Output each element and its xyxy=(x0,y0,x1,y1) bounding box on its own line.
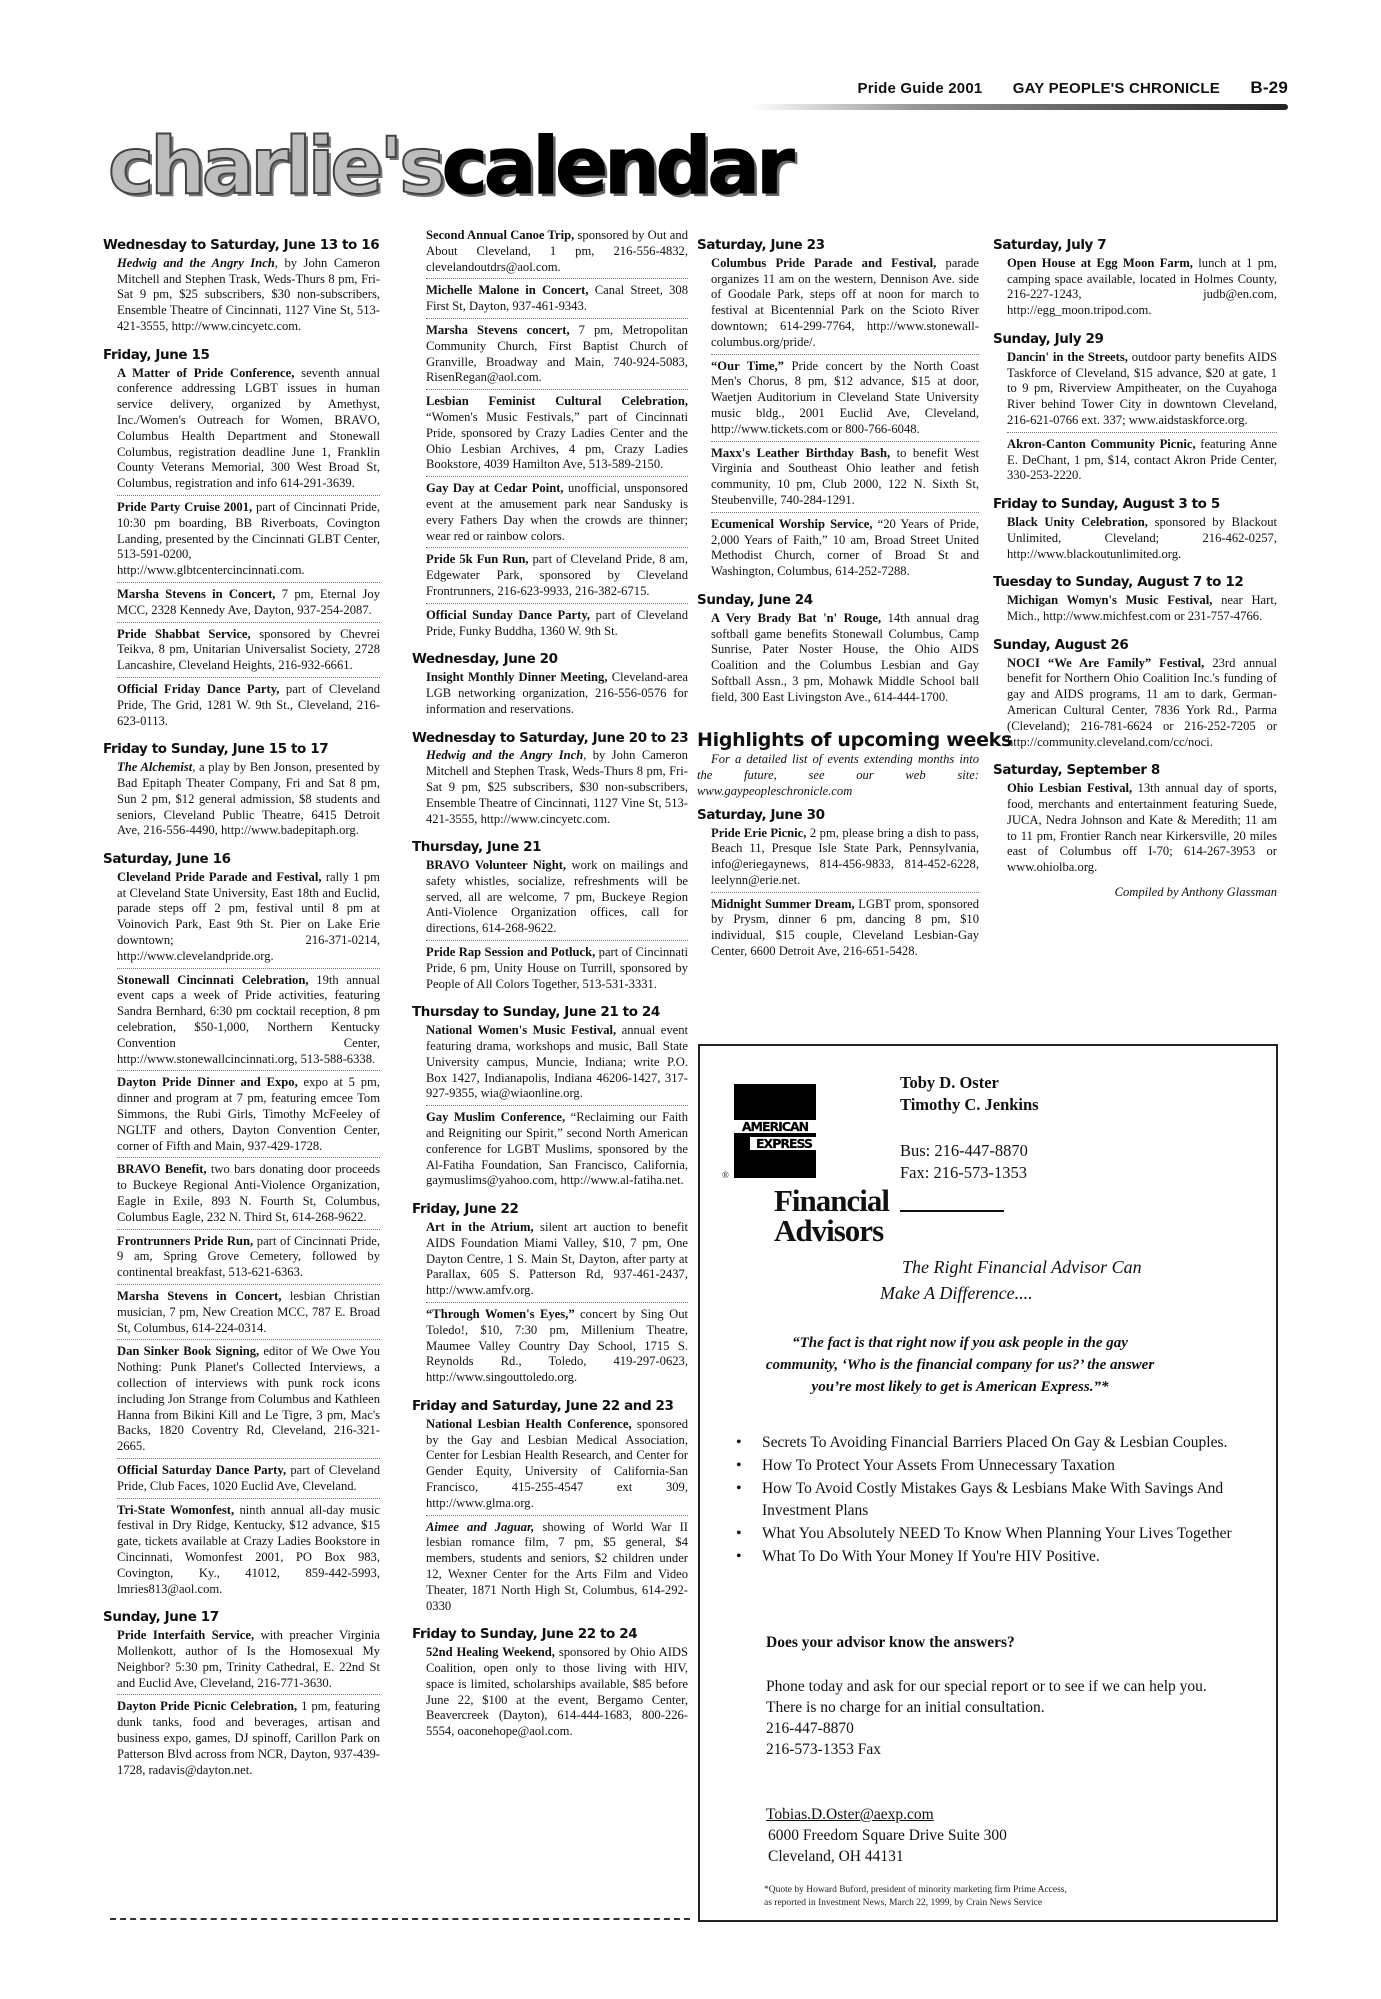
event-listing: Aimee and Jaguar, showing of World War I… xyxy=(426,1520,688,1618)
advisor-phone-fax: Bus: 216-447-8870 Fax: 216-573-1353 xyxy=(900,1140,1028,1184)
amex-logo-icon: AMERICAN EXPRESS xyxy=(734,1084,816,1178)
highlights-listings: Saturday, June 30Pride Erie Picnic, 2 pm… xyxy=(697,808,979,963)
fax-number: Fax: 216-573-1353 xyxy=(900,1162,1028,1184)
event-listing: Dancin' in the Streets, outdoor party be… xyxy=(1007,350,1277,433)
calendar-column-2: Second Annual Canoe Trip, sponsored by O… xyxy=(412,228,688,1747)
event-title: NOCI “We Are Family” Festival, xyxy=(1007,656,1204,670)
advertisement-amex: AMERICAN EXPRESS ® Financial Advisors To… xyxy=(698,1044,1278,1922)
event-title: Insight Monthly Dinner Meeting, xyxy=(426,670,608,684)
event-details: “Women's Music Festivals,” part of Cinci… xyxy=(426,410,688,471)
event-listing: A Matter of Pride Conference, seventh an… xyxy=(117,366,380,496)
column-4-listings: Saturday, July 7Open House at Egg Moon F… xyxy=(993,238,1277,879)
event-title: Frontrunners Pride Run, xyxy=(117,1234,253,1248)
event-listing: A Very Brady Bat 'n' Rouge, 14th annual … xyxy=(711,611,979,709)
event-title: Dayton Pride Picnic Celebration, xyxy=(117,1699,297,1713)
event-title: Second Annual Canoe Trip, xyxy=(426,228,574,242)
date-heading: Tuesday to Sunday, August 7 to 12 xyxy=(993,575,1277,591)
event-listing: Midnight Summer Dream, LGBT prom, sponso… xyxy=(711,897,979,963)
event-listing: Black Unity Celebration, sponsored by Bl… xyxy=(1007,515,1277,565)
ad-question: Does your advisor know the answers? xyxy=(766,1634,1015,1652)
event-listing: Pride Shabbat Service, sponsored by Chev… xyxy=(117,627,380,678)
date-heading: Friday, June 15 xyxy=(103,348,380,364)
event-title: Black Unity Celebration, xyxy=(1007,515,1148,529)
event-title: Gay Muslim Conference, xyxy=(426,1110,565,1124)
column-3-listings: Saturday, June 23Columbus Pride Parade a… xyxy=(697,238,979,709)
event-title: Dan Sinker Book Signing, xyxy=(117,1344,259,1358)
event-listing: Ohio Lesbian Festival, 13th annual day o… xyxy=(1007,781,1277,879)
event-listing: Dayton Pride Picnic Celebration, 1 pm, f… xyxy=(117,1699,380,1781)
event-listing: Insight Monthly Dinner Meeting, Clevelan… xyxy=(426,670,688,720)
event-listing: Marsha Stevens in Concert, lesbian Chris… xyxy=(117,1289,380,1340)
compiled-by-credit: Compiled by Anthony Glassman xyxy=(993,885,1277,901)
page-number: B-29 xyxy=(1250,78,1288,97)
event-listing: Dan Sinker Book Signing, editor of We Ow… xyxy=(117,1344,380,1459)
event-title: Pride 5k Fun Run, xyxy=(426,552,529,566)
date-heading: Wednesday to Saturday, June 13 to 16 xyxy=(103,238,380,254)
date-heading: Sunday, July 29 xyxy=(993,332,1277,348)
logo-calendar: calendar xyxy=(442,122,791,212)
ad-address: 6000 Freedom Square Drive Suite 300 Clev… xyxy=(768,1825,1007,1867)
event-listing: Official Friday Dance Party, part of Cle… xyxy=(117,682,380,732)
event-listing: NOCI “We Are Family” Festival, 23rd annu… xyxy=(1007,656,1277,754)
ad-bullet-list: Secrets To Avoiding Financial Barriers P… xyxy=(736,1432,1246,1569)
ad-tagline: The Right Financial Advisor Can Make A D… xyxy=(880,1254,1200,1306)
event-title: Pride Erie Picnic, xyxy=(711,826,806,840)
event-title: National Lesbian Health Conference, xyxy=(426,1417,632,1431)
bullet-item: What To Do With Your Money If You're HIV… xyxy=(736,1546,1246,1568)
date-heading: Friday to Sunday, June 22 to 24 xyxy=(412,1627,688,1643)
highlights-intro: For a detailed list of events extending … xyxy=(697,752,979,799)
bullet-item: Secrets To Avoiding Financial Barriers P… xyxy=(736,1432,1246,1454)
event-listing: National Lesbian Health Conference, spon… xyxy=(426,1417,688,1516)
event-listing: Michelle Malone in Concert, Canal Street… xyxy=(426,283,688,319)
ad-phone: 216-447-8870 xyxy=(766,1718,1246,1739)
event-listing: Pride Interfaith Service, with preacher … xyxy=(117,1628,380,1695)
event-listing: BRAVO Volunteer Night, work on mailings … xyxy=(426,858,688,941)
event-listing: Official Sunday Dance Party, part of Cle… xyxy=(426,608,688,643)
date-heading: Friday to Sunday, August 3 to 5 xyxy=(993,497,1277,513)
event-title: Pride Interfaith Service, xyxy=(117,1628,254,1642)
event-title: Akron-Canton Community Picnic, xyxy=(1007,437,1196,451)
event-title: Dayton Pride Dinner and Expo, xyxy=(117,1075,298,1089)
date-heading: Wednesday to Saturday, June 20 to 23 xyxy=(412,731,688,747)
date-heading: Sunday, August 26 xyxy=(993,638,1277,654)
event-title: Art in the Atrium, xyxy=(426,1220,534,1234)
event-title: Cleveland Pride Parade and Festival, xyxy=(117,870,322,884)
event-listing: “Through Women's Eyes,” concert by Sing … xyxy=(426,1307,688,1389)
event-listing: Tri-State Womonfest, ninth annual all-da… xyxy=(117,1503,380,1601)
event-listing: Gay Day at Cedar Point, unofficial, unsp… xyxy=(426,481,688,548)
business-phone: Bus: 216-447-8870 xyxy=(900,1140,1028,1162)
date-heading: Thursday to Sunday, June 21 to 24 xyxy=(412,1005,688,1021)
event-title: Tri-State Womonfest, xyxy=(117,1503,234,1517)
calendar-column-3: Saturday, June 23Columbus Pride Parade a… xyxy=(697,238,979,967)
event-title: Michigan Womyn's Music Festival, xyxy=(1007,593,1212,607)
event-listing: Hedwig and the Angry Inch, by John Camer… xyxy=(117,256,380,338)
date-heading: Saturday, June 16 xyxy=(103,852,380,868)
event-title: Marsha Stevens in Concert, xyxy=(117,1289,282,1303)
bullet-item: How To Protect Your Assets From Unnecess… xyxy=(736,1455,1246,1477)
event-title: Dancin' in the Streets, xyxy=(1007,350,1128,364)
event-listing: Pride Rap Session and Potluck, part of C… xyxy=(426,945,688,995)
section-name: Pride Guide 2001 xyxy=(857,80,982,97)
event-title: Hedwig and the Angry Inch xyxy=(117,256,275,270)
event-title: A Very Brady Bat 'n' Rouge, xyxy=(711,611,881,625)
event-title: “Through Women's Eyes,” xyxy=(426,1307,575,1321)
event-title: Michelle Malone in Concert, xyxy=(426,283,588,297)
event-listing: Pride 5k Fun Run, part of Cleveland Prid… xyxy=(426,552,688,603)
event-title: Pride Party Cruise 2001, xyxy=(117,500,252,514)
page-title-logo: charlie'scalendar xyxy=(108,128,791,206)
event-listing: Frontrunners Pride Run, part of Cincinna… xyxy=(117,1234,380,1285)
calendar-column-4: Saturday, July 7Open House at Egg Moon F… xyxy=(993,238,1277,901)
event-listing: Lesbian Feminist Cultural Celebration, “… xyxy=(426,394,688,477)
event-title: Lesbian Feminist Cultural Celebration, xyxy=(426,394,688,408)
date-heading: Saturday, July 7 xyxy=(993,238,1277,254)
event-listing: Open House at Egg Moon Farm, lunch at 1 … xyxy=(1007,256,1277,322)
bullet-item: What You Absolutely NEED To Know When Pl… xyxy=(736,1523,1246,1545)
event-listing: “Our Time,” Pride concert by the North C… xyxy=(711,359,979,442)
event-title: 52nd Healing Weekend, xyxy=(426,1645,555,1659)
amex-logo-line1: AMERICAN xyxy=(732,1120,818,1133)
date-heading: Friday, June 22 xyxy=(412,1202,688,1218)
event-listing: The Alchemist, a play by Ben Jonson, pre… xyxy=(117,760,380,842)
event-title: Gay Day at Cedar Point, xyxy=(426,481,564,495)
signature-rule xyxy=(900,1210,1004,1212)
bullet-item: How To Avoid Costly Mistakes Gays & Lesb… xyxy=(736,1478,1246,1522)
event-title: Marsha Stevens in Concert, xyxy=(117,587,275,601)
advisor-name-1: Toby D. Oster xyxy=(900,1072,1039,1094)
publication-name: GAY PEOPLE'S CHRONICLE xyxy=(1013,80,1220,97)
event-title: Official Friday Dance Party, xyxy=(117,682,279,696)
event-details: seventh annual conference addressing LGB… xyxy=(117,366,380,491)
event-title: Hedwig and the Angry Inch xyxy=(426,748,583,762)
event-listing: 52nd Healing Weekend, sponsored by Ohio … xyxy=(426,1645,688,1743)
event-listing: Dayton Pride Dinner and Expo, expo at 5 … xyxy=(117,1075,380,1158)
event-listing: Ecumenical Worship Service, “20 Years of… xyxy=(711,517,979,583)
event-title: Open House at Egg Moon Farm, xyxy=(1007,256,1193,270)
event-title: Pride Shabbat Service, xyxy=(117,627,251,641)
event-listing: Marsha Stevens concert, 7 pm, Metropolit… xyxy=(426,323,688,390)
dashed-divider xyxy=(110,1918,690,1920)
advisor-names: Toby D. Oster Timothy C. Jenkins xyxy=(900,1072,1039,1116)
event-title: Columbus Pride Parade and Festival, xyxy=(711,256,936,270)
event-listing: Marsha Stevens in Concert, 7 pm, Eternal… xyxy=(117,587,380,623)
logo-charlies: charlie's xyxy=(108,122,442,212)
event-title: A Matter of Pride Conference, xyxy=(117,366,294,380)
event-listing: Pride Party Cruise 2001, part of Cincinn… xyxy=(117,500,380,583)
date-heading: Friday and Saturday, June 22 and 23 xyxy=(412,1399,688,1415)
event-listing: Akron-Canton Community Picnic, featuring… xyxy=(1007,437,1277,487)
event-title: Ohio Lesbian Festival, xyxy=(1007,781,1132,795)
event-listing: Official Saturday Dance Party, part of C… xyxy=(117,1463,380,1499)
amex-logo-line2: EXPRESS xyxy=(750,1137,818,1150)
event-title: Marsha Stevens concert, xyxy=(426,323,570,337)
event-listing: National Women's Music Festival, annual … xyxy=(426,1023,688,1106)
date-heading: Sunday, June 24 xyxy=(697,593,979,609)
event-title: BRAVO Benefit, xyxy=(117,1162,207,1176)
event-listing: Gay Muslim Conference, “Reclaiming our F… xyxy=(426,1110,688,1192)
ad-footnote: *Quote by Howard Buford, president of mi… xyxy=(764,1884,1067,1910)
ad-call-to-action: Phone today and ask for our special repo… xyxy=(766,1676,1246,1760)
event-listing: Cleveland Pride Parade and Festival, ral… xyxy=(117,870,380,969)
masthead-rule xyxy=(750,104,1288,110)
date-heading: Saturday, June 23 xyxy=(697,238,979,254)
event-listing: Pride Erie Picnic, 2 pm, please bring a … xyxy=(711,826,979,893)
calendar-column-1: Wednesday to Saturday, June 13 to 16Hedw… xyxy=(103,238,380,1785)
date-heading: Friday to Sunday, June 15 to 17 xyxy=(103,742,380,758)
event-title: Aimee and Jaguar, xyxy=(426,1520,534,1534)
date-heading: Thursday, June 21 xyxy=(412,840,688,856)
ad-fax: 216-573-1353 Fax xyxy=(766,1739,1246,1760)
date-heading: Saturday, September 8 xyxy=(993,763,1277,779)
date-heading: Wednesday, June 20 xyxy=(412,652,688,668)
event-listing: Second Annual Canoe Trip, sponsored by O… xyxy=(426,228,688,279)
event-listing: Maxx's Leather Birthday Bash, to benefit… xyxy=(711,446,979,513)
event-title: “Our Time,” xyxy=(711,359,784,373)
event-title: Official Sunday Dance Party, xyxy=(426,608,590,622)
ad-email-link[interactable]: Tobias.D.Oster@aexp.com xyxy=(766,1804,934,1825)
date-heading: Sunday, June 17 xyxy=(103,1610,380,1626)
registered-mark: ® xyxy=(722,1170,729,1180)
event-listing: Hedwig and the Angry Inch, by John Camer… xyxy=(426,748,688,830)
brand-name: Financial Advisors xyxy=(774,1186,889,1246)
event-details: editor of We Owe You Nothing: Punk Plane… xyxy=(117,1344,380,1453)
event-title: Maxx's Leather Birthday Bash, xyxy=(711,446,890,460)
event-title: The Alchemist xyxy=(117,760,192,774)
event-title: Stonewall Cincinnati Celebration, xyxy=(117,973,309,987)
event-listing: Stonewall Cincinnati Celebration, 19th a… xyxy=(117,973,380,1072)
event-listing: Michigan Womyn's Music Festival, near Ha… xyxy=(1007,593,1277,628)
event-title: BRAVO Volunteer Night, xyxy=(426,858,566,872)
ad-quote: “The fact is that right now if you ask p… xyxy=(760,1332,1160,1398)
event-listing: Columbus Pride Parade and Festival, para… xyxy=(711,256,979,355)
event-listing: BRAVO Benefit, two bars donating door pr… xyxy=(117,1162,380,1229)
masthead-line: Pride Guide 2001 GAY PEOPLE'S CHRONICLE … xyxy=(750,78,1288,102)
event-title: Official Saturday Dance Party, xyxy=(117,1463,286,1477)
event-title: Ecumenical Worship Service, xyxy=(711,517,872,531)
date-heading: Saturday, June 30 xyxy=(697,808,979,824)
event-title: Midnight Summer Dream, xyxy=(711,897,855,911)
event-title: National Women's Music Festival, xyxy=(426,1023,616,1037)
event-title: Pride Rap Session and Potluck, xyxy=(426,945,595,959)
event-listing: Art in the Atrium, silent art auction to… xyxy=(426,1220,688,1303)
advisor-name-2: Timothy C. Jenkins xyxy=(900,1094,1039,1116)
highlights-heading: Highlights of upcoming weeks xyxy=(697,733,979,749)
